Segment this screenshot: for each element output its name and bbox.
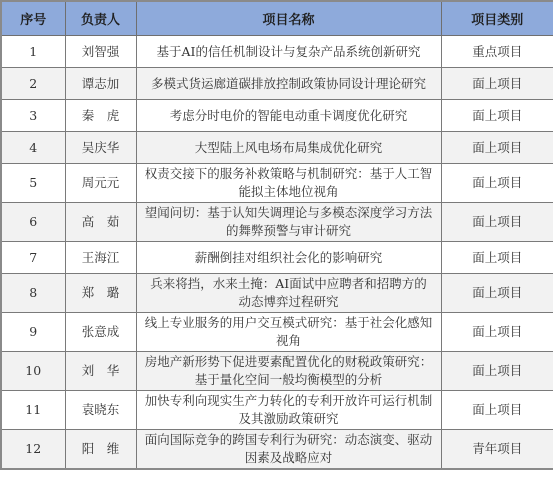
cell-category: 面上项目 [441, 68, 553, 100]
table-row: 8 郑 璐 兵来将挡，水来土掩：AI面试中应聘者和招聘方的动态博弈过程研究 面上… [1, 274, 553, 313]
cell-no: 11 [1, 391, 65, 430]
cell-category: 面上项目 [441, 313, 553, 352]
cell-title: 线上专业服务的用户交互模式研究：基于社会化感知视角 [136, 313, 441, 352]
cell-category: 面上项目 [441, 164, 553, 203]
table-row: 2 谭志加 多模式货运廊道碳排放控制政策协同设计理论研究 面上项目 [1, 68, 553, 100]
cell-category: 面上项目 [441, 100, 553, 132]
header-category: 项目类别 [441, 1, 553, 36]
cell-no: 2 [1, 68, 65, 100]
cell-title: 权责交接下的服务补救策略与机制研究：基于人工智能拟主体地位视角 [136, 164, 441, 203]
cell-category: 面上项目 [441, 352, 553, 391]
cell-leader: 谭志加 [65, 68, 136, 100]
table-row: 9 张意成 线上专业服务的用户交互模式研究：基于社会化感知视角 面上项目 [1, 313, 553, 352]
cell-leader: 袁晓东 [65, 391, 136, 430]
cell-no: 8 [1, 274, 65, 313]
header-title: 项目名称 [136, 1, 441, 36]
cell-category: 面上项目 [441, 391, 553, 430]
cell-title: 多模式货运廊道碳排放控制政策协同设计理论研究 [136, 68, 441, 100]
cell-leader: 刘 华 [65, 352, 136, 391]
cell-title: 基于AI的信任机制设计与复杂产品系统创新研究 [136, 36, 441, 68]
cell-category: 重点项目 [441, 36, 553, 68]
cell-no: 5 [1, 164, 65, 203]
table-row: 7 王海江 薪酬倒挂对组织社会化的影响研究 面上项目 [1, 242, 553, 274]
header-no: 序号 [1, 1, 65, 36]
cell-category: 面上项目 [441, 132, 553, 164]
cell-leader: 高 茹 [65, 203, 136, 242]
cell-leader: 刘智强 [65, 36, 136, 68]
cell-leader: 秦 虎 [65, 100, 136, 132]
cell-title: 兵来将挡，水来土掩：AI面试中应聘者和招聘方的动态博弈过程研究 [136, 274, 441, 313]
cell-no: 12 [1, 430, 65, 470]
cell-category: 面上项目 [441, 203, 553, 242]
table-row: 4 吴庆华 大型陆上风电场布局集成优化研究 面上项目 [1, 132, 553, 164]
cell-leader: 阳 维 [65, 430, 136, 470]
table-row: 12 阳 维 面向国际竞争的跨国专利行为研究：动态演变、驱动因素及战略应对 青年… [1, 430, 553, 470]
cell-title: 考虑分时电价的智能电动重卡调度优化研究 [136, 100, 441, 132]
header-leader: 负责人 [65, 1, 136, 36]
header-row: 序号 负责人 项目名称 项目类别 [1, 1, 553, 36]
cell-leader: 吴庆华 [65, 132, 136, 164]
table-row: 3 秦 虎 考虑分时电价的智能电动重卡调度优化研究 面上项目 [1, 100, 553, 132]
cell-title: 面向国际竞争的跨国专利行为研究：动态演变、驱动因素及战略应对 [136, 430, 441, 470]
cell-title: 望闻问切：基于认知失调理论与多模态深度学习方法的舞弊预警与审计研究 [136, 203, 441, 242]
project-table: 序号 负责人 项目名称 项目类别 1 刘智强 基于AI的信任机制设计与复杂产品系… [0, 0, 553, 470]
table-row: 11 袁晓东 加快专利向现实生产力转化的专利开放许可运行机制及其激励政策研究 面… [1, 391, 553, 430]
cell-no: 4 [1, 132, 65, 164]
cell-title: 房地产新形势下促进要素配置优化的财税政策研究：基于量化空间一般均衡模型的分析 [136, 352, 441, 391]
cell-title: 加快专利向现实生产力转化的专利开放许可运行机制及其激励政策研究 [136, 391, 441, 430]
cell-no: 7 [1, 242, 65, 274]
cell-title: 大型陆上风电场布局集成优化研究 [136, 132, 441, 164]
cell-no: 10 [1, 352, 65, 391]
cell-no: 1 [1, 36, 65, 68]
cell-no: 3 [1, 100, 65, 132]
cell-leader: 张意成 [65, 313, 136, 352]
cell-category: 面上项目 [441, 242, 553, 274]
cell-no: 9 [1, 313, 65, 352]
table-row: 6 高 茹 望闻问切：基于认知失调理论与多模态深度学习方法的舞弊预警与审计研究 … [1, 203, 553, 242]
cell-category: 青年项目 [441, 430, 553, 470]
cell-title: 薪酬倒挂对组织社会化的影响研究 [136, 242, 441, 274]
cell-leader: 王海江 [65, 242, 136, 274]
table-row: 5 周元元 权责交接下的服务补救策略与机制研究：基于人工智能拟主体地位视角 面上… [1, 164, 553, 203]
table-row: 1 刘智强 基于AI的信任机制设计与复杂产品系统创新研究 重点项目 [1, 36, 553, 68]
cell-category: 面上项目 [441, 274, 553, 313]
cell-leader: 郑 璐 [65, 274, 136, 313]
table-row: 10 刘 华 房地产新形势下促进要素配置优化的财税政策研究：基于量化空间一般均衡… [1, 352, 553, 391]
cell-no: 6 [1, 203, 65, 242]
cell-leader: 周元元 [65, 164, 136, 203]
